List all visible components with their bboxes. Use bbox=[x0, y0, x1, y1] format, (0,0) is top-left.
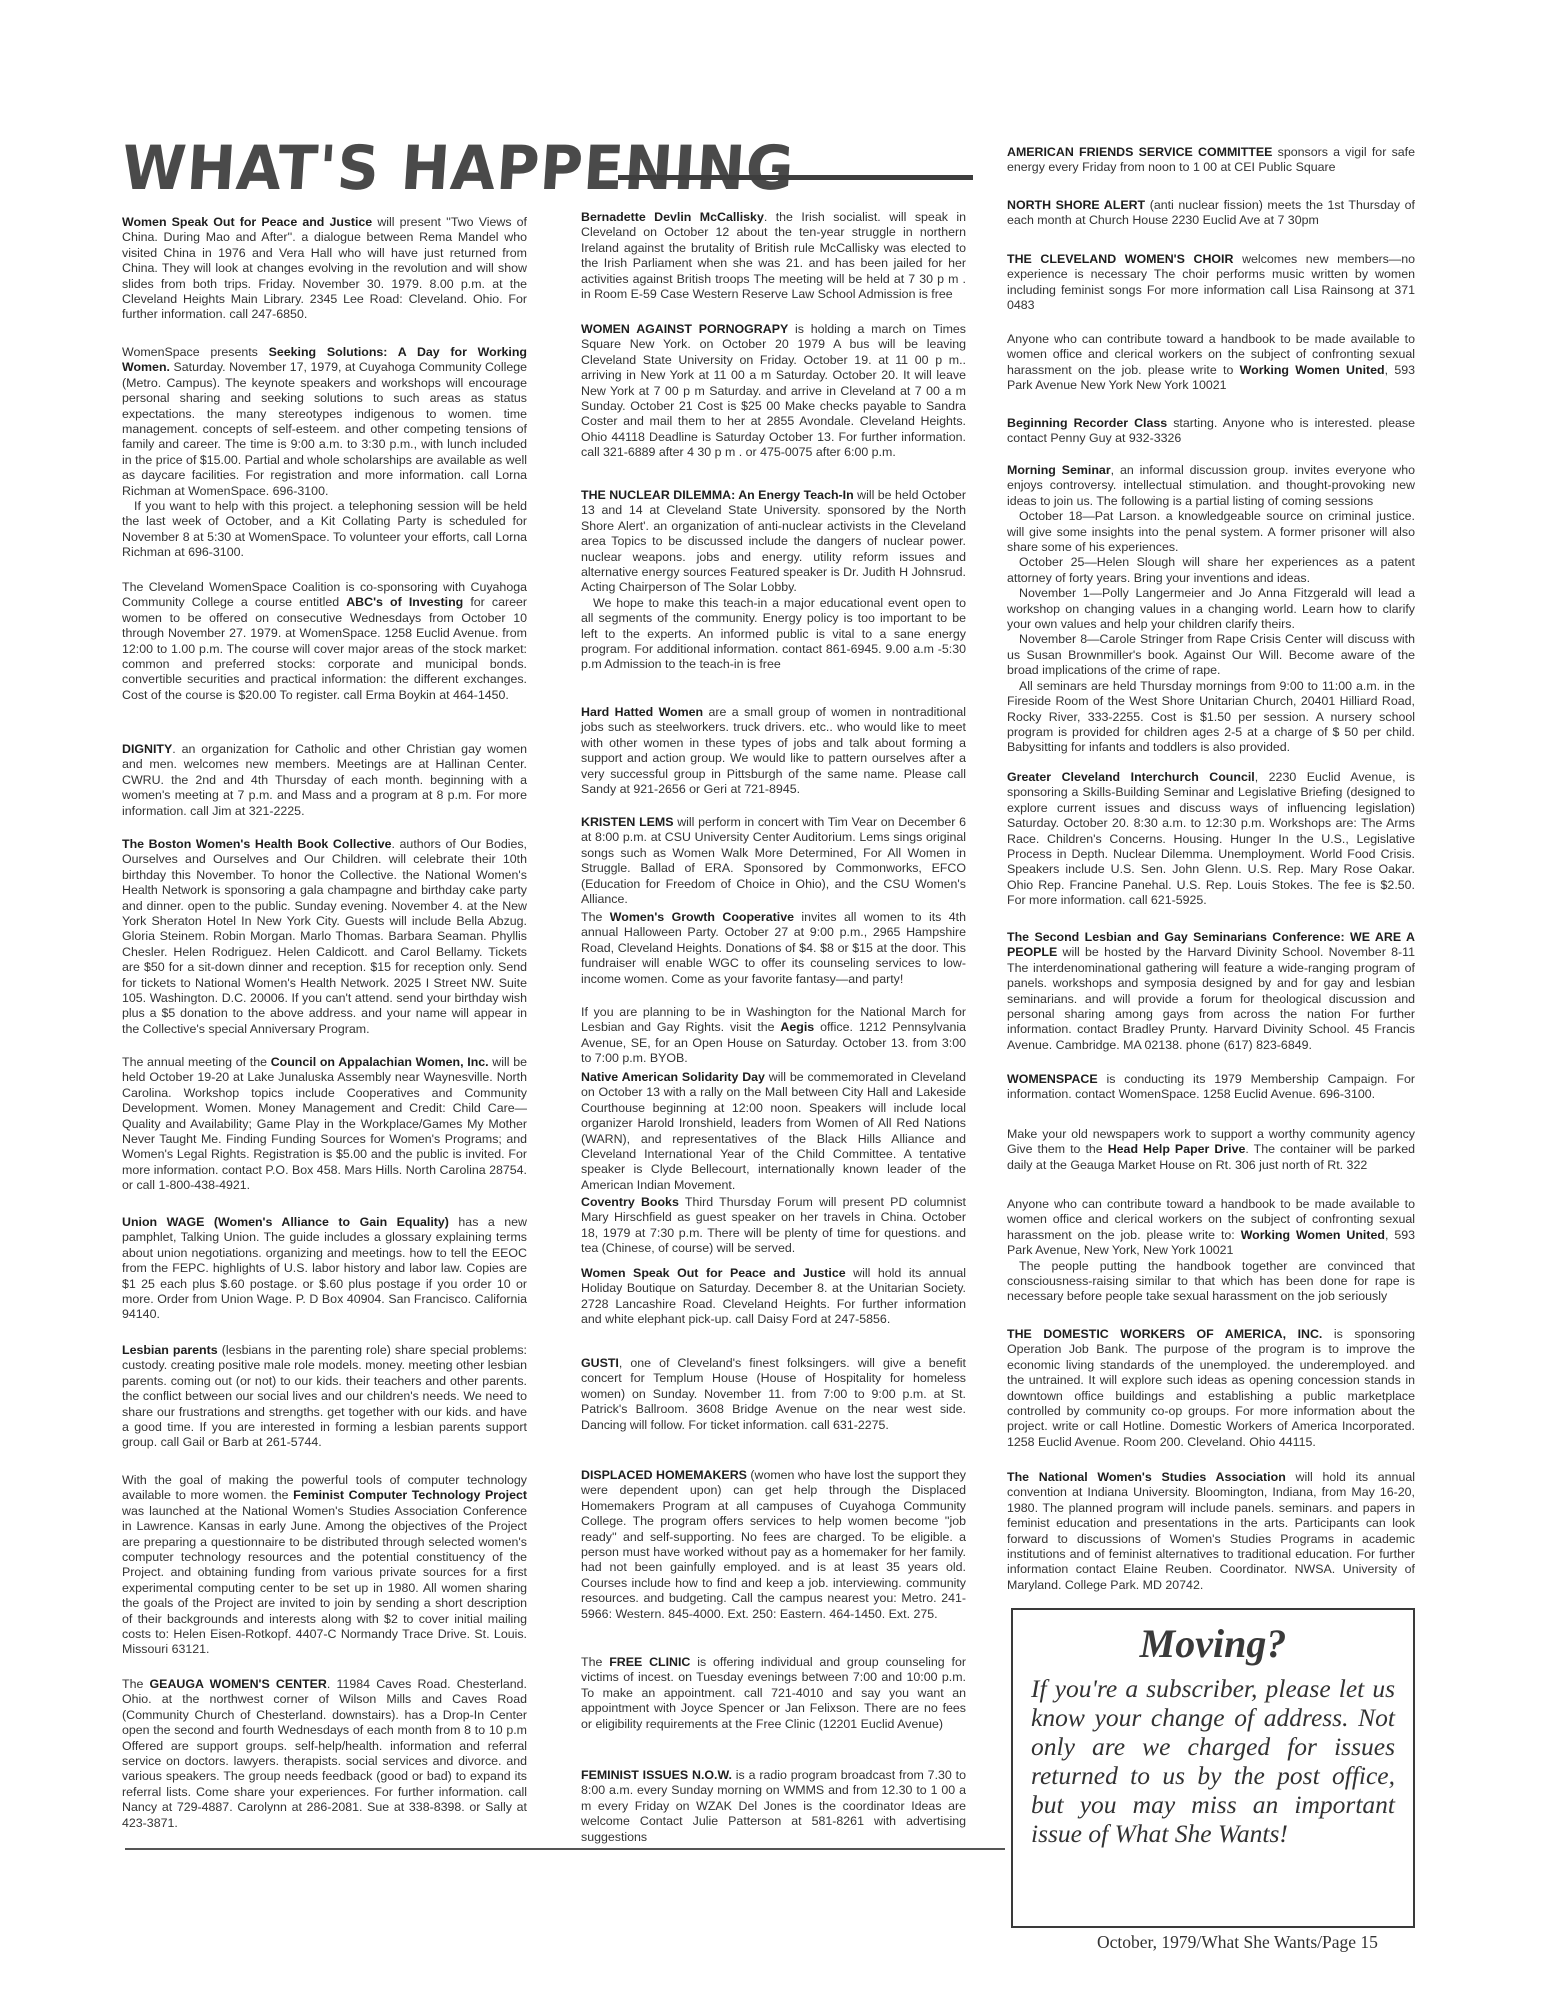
listing-lead: Greater Cleveland Interchurch Council bbox=[1007, 770, 1255, 784]
listing-lead: DISPLACED HOMEMAKERS bbox=[581, 1468, 747, 1482]
listing-lead: FREE CLINIC bbox=[609, 1655, 690, 1669]
listing-working-women-united-1: Anyone who can contribute toward a handb… bbox=[1007, 332, 1415, 394]
listing-lead: Union WAGE (Women's Alliance to Gain Equ… bbox=[122, 1215, 449, 1229]
page-title: WHAT'S HAPPENING bbox=[120, 137, 797, 200]
listing-interchurch-council: Greater Cleveland Interchurch Council, 2… bbox=[1007, 770, 1415, 909]
listing-gay-seminarians-conference: The Second Lesbian and Gay Seminarians C… bbox=[1007, 930, 1415, 1053]
listing-feminist-computer-project: With the goal of making the powerful too… bbox=[122, 1473, 527, 1658]
listing-lead: The National Women's Studies Association bbox=[1007, 1470, 1286, 1484]
listing-text: will be held October 19-20 at Lake Junal… bbox=[122, 1055, 527, 1192]
listing-lead: Morning Seminar bbox=[1007, 463, 1111, 477]
listing-lead: GEAUGA WOMEN'S CENTER bbox=[150, 1677, 327, 1691]
listing-seeking-solutions: WomenSpace presents Seeking Solutions: A… bbox=[122, 345, 527, 561]
listing-geauga-womens-center: The GEAUGA WOMEN'S CENTER. 11984 Caves R… bbox=[122, 1677, 527, 1831]
listing-text: was launched at the National Women's Stu… bbox=[122, 1504, 527, 1657]
listing-lead: Working Women United bbox=[1240, 363, 1385, 377]
listing-pre: WomenSpace presents bbox=[122, 345, 269, 359]
bottom-rule bbox=[125, 1848, 1005, 1850]
listing-free-clinic: The FREE CLINIC is offering individual a… bbox=[581, 1655, 966, 1732]
listing-text: will hold its annual convention at India… bbox=[1007, 1470, 1415, 1592]
listing-para: If you want to help with this project. a… bbox=[122, 499, 527, 561]
listing-pre: The annual meeting of the bbox=[122, 1055, 271, 1069]
listing-lead: Head Help Paper Drive bbox=[1108, 1142, 1246, 1156]
listing-lead: FEMINIST ISSUES N.O.W. bbox=[581, 1768, 732, 1782]
newspaper-page: WHAT'S HAPPENING Women Speak Out for Pea… bbox=[0, 0, 1545, 1999]
listing-text: (lesbians in the parenting role) share s… bbox=[122, 1343, 527, 1449]
listing-lead: DIGNITY bbox=[122, 742, 172, 756]
listing-text: . an organization for Catholic and other… bbox=[122, 742, 527, 818]
listing-text: . 11984 Caves Road. Chesterland. Ohio. a… bbox=[122, 1677, 527, 1830]
listing-head-help-paper-drive: Make your old newspapers work to support… bbox=[1007, 1127, 1415, 1173]
listing-lead: KRISTEN LEMS bbox=[581, 815, 674, 829]
listing-lead: Women's Growth Cooperative bbox=[610, 910, 794, 924]
listing-boston-womens-health: The Boston Women's Health Book Collectiv… bbox=[122, 837, 527, 1037]
listing-lead: The Boston Women's Health Book Collectiv… bbox=[122, 837, 391, 851]
listing-hard-hatted-women: Hard Hatted Women are a small group of w… bbox=[581, 705, 966, 797]
listing-lead: THE DOMESTIC WORKERS OF AMERICA, INC. bbox=[1007, 1327, 1322, 1341]
listing-nwsa-convention: The National Women's Studies Association… bbox=[1007, 1470, 1415, 1593]
listing-text: Saturday. November 17, 1979, at Cuyahoga… bbox=[122, 360, 527, 497]
listing-lead: AMERICAN FRIENDS SERVICE COMMITTEE bbox=[1007, 145, 1272, 159]
listing-native-american-solidarity: Native American Solidarity Day will be c… bbox=[581, 1070, 966, 1193]
listing-lead: Aegis bbox=[780, 1020, 814, 1034]
seminar-session: November 1—Polly Langermeier and Jo Anna… bbox=[1007, 586, 1415, 632]
listing-morning-seminar: Morning Seminar, an informal discussion … bbox=[1007, 463, 1415, 756]
listing-appalachian-women: The annual meeting of the Council on App… bbox=[122, 1055, 527, 1194]
listing-lead: WOMEN AGAINST PORNOGRAPY bbox=[581, 322, 788, 336]
listing-lead: Lesbian parents bbox=[122, 1343, 218, 1357]
listing-text: has a new pamphlet, Talking Union. The g… bbox=[122, 1215, 527, 1321]
listing-coventry-books: Coventry Books Third Thursday Forum will… bbox=[581, 1195, 966, 1257]
listing-nuclear-dilemma: THE NUCLEAR DILEMMA: An Energy Teach-In … bbox=[581, 488, 966, 673]
listing-devlin-mccallisky: Bernadette Devlin McCallisky. the Irish … bbox=[581, 210, 966, 302]
listing-text: , one of Cleveland's finest folksingers.… bbox=[581, 1356, 966, 1432]
listing-text: . authors of Our Bodies, Ourselves and O… bbox=[122, 837, 527, 1036]
listing-text: will be commemorated in Cleveland on Oct… bbox=[581, 1070, 966, 1192]
listing-feminist-issues-now: FEMINIST ISSUES N.O.W. is a radio progra… bbox=[581, 1768, 966, 1845]
listing-working-women-united-2: Anyone who can contribute toward a handb… bbox=[1007, 1197, 1415, 1305]
seminar-session: All seminars are held Thursday mornings … bbox=[1007, 679, 1415, 756]
listing-womens-choir: THE CLEVELAND WOMEN'S CHOIR welcomes new… bbox=[1007, 252, 1415, 314]
seminar-session: October 18—Pat Larson. a knowledgeable s… bbox=[1007, 509, 1415, 555]
listing-lead: Bernadette Devlin McCallisky bbox=[581, 210, 764, 224]
listing-lead: Native American Solidarity Day bbox=[581, 1070, 765, 1084]
listing-dignity: DIGNITY. an organization for Catholic an… bbox=[122, 742, 527, 819]
listing-text: will present ''Two Views of China. Durin… bbox=[122, 215, 527, 321]
listing-lead: ABC's of Investing bbox=[346, 595, 463, 609]
listing-text: (women who have lost the support they we… bbox=[581, 1468, 966, 1621]
listing-lead: Council on Appalachian Women, Inc. bbox=[271, 1055, 489, 1069]
listing-lead: THE NUCLEAR DILEMMA: An Energy Teach-In bbox=[581, 488, 854, 502]
listing-union-wage: Union WAGE (Women's Alliance to Gain Equ… bbox=[122, 1215, 527, 1323]
moving-body: If you're a subscriber, please let us kn… bbox=[1031, 1674, 1395, 1848]
seminar-session: October 25—Helen Slough will share her e… bbox=[1007, 555, 1415, 586]
listing-displaced-homemakers: DISPLACED HOMEMAKERS (women who have los… bbox=[581, 1468, 966, 1622]
listing-holiday-boutique: Women Speak Out for Peace and Justice wi… bbox=[581, 1266, 966, 1328]
listing-lead: NORTH SHORE ALERT bbox=[1007, 198, 1145, 212]
listing-recorder-class: Beginning Recorder Class starting. Anyon… bbox=[1007, 416, 1415, 447]
listing-text: is sponsoring Operation Job Bank. The pu… bbox=[1007, 1327, 1415, 1449]
listing-para: We hope to make this teach-in a major ed… bbox=[581, 596, 966, 673]
masthead-rule bbox=[618, 175, 973, 180]
moving-notice-box: Moving? If you're a subscriber, please l… bbox=[1011, 1608, 1415, 1928]
listing-aegis-open-house: If you are planning to be in Washington … bbox=[581, 1005, 966, 1067]
listing-lead: GUSTI bbox=[581, 1356, 619, 1370]
listing-lead: Feminist Computer Technology Project bbox=[293, 1488, 527, 1502]
listing-women-speak-out-china: Women Speak Out for Peace and Justice wi… bbox=[122, 215, 527, 323]
listing-pre: The bbox=[122, 1677, 150, 1691]
listing-lead: Women Speak Out for Peace and Justice bbox=[122, 215, 372, 229]
listing-lead: WOMENSPACE bbox=[1007, 1072, 1098, 1086]
listing-pre: The bbox=[581, 1655, 609, 1669]
listing-text: will be held October 13 and 14 at Clevel… bbox=[581, 488, 966, 594]
listing-lead: Coventry Books bbox=[581, 1195, 679, 1209]
listing-lead: THE CLEVELAND WOMEN'S CHOIR bbox=[1007, 252, 1233, 266]
listing-lead: Working Women United bbox=[1241, 1228, 1385, 1242]
listing-lead: Hard Hatted Women bbox=[581, 705, 703, 719]
listing-afsc-vigil: AMERICAN FRIENDS SERVICE COMMITTEE spons… bbox=[1007, 145, 1415, 176]
listing-abcs-investing: The Cleveland WomenSpace Coalition is co… bbox=[122, 580, 527, 703]
masthead: WHAT'S HAPPENING bbox=[122, 138, 795, 198]
listing-lead: Beginning Recorder Class bbox=[1007, 416, 1167, 430]
listing-north-shore-alert: NORTH SHORE ALERT (anti nuclear fission)… bbox=[1007, 198, 1415, 229]
listing-lead: Women Speak Out for Peace and Justice bbox=[581, 1266, 846, 1280]
moving-title: Moving? bbox=[1031, 1622, 1395, 1666]
listing-womens-growth-cooperative: The Women's Growth Cooperative invites a… bbox=[581, 910, 966, 987]
listing-text: , 2230 Euclid Avenue, is sponsoring a Sk… bbox=[1007, 770, 1415, 907]
listing-text: is holding a march on Times Square New Y… bbox=[581, 322, 966, 459]
listing-pre: The bbox=[581, 910, 610, 924]
listing-domestic-workers: THE DOMESTIC WORKERS OF AMERICA, INC. is… bbox=[1007, 1327, 1415, 1450]
listing-gusti-concert: GUSTI, one of Cleveland's finest folksin… bbox=[581, 1356, 966, 1433]
listing-para: The people putting the handbook together… bbox=[1007, 1259, 1415, 1305]
listing-women-against-pornography: WOMEN AGAINST PORNOGRAPY is holding a ma… bbox=[581, 322, 966, 461]
listing-womenspace-membership: WOMENSPACE is conducting its 1979 Member… bbox=[1007, 1072, 1415, 1103]
seminar-session: November 8—Carole Stringer from Rape Cri… bbox=[1007, 632, 1415, 678]
listing-kristen-lems: KRISTEN LEMS will perform in concert wit… bbox=[581, 815, 966, 907]
listing-text: for career women to be offered on consec… bbox=[122, 595, 527, 701]
listing-lesbian-parents: Lesbian parents (lesbians in the parenti… bbox=[122, 1343, 527, 1451]
listing-text: will be hosted by the Harvard Divinity S… bbox=[1007, 945, 1415, 1051]
page-footer: October, 1979/What She Wants/Page 15 bbox=[1097, 1932, 1378, 1953]
